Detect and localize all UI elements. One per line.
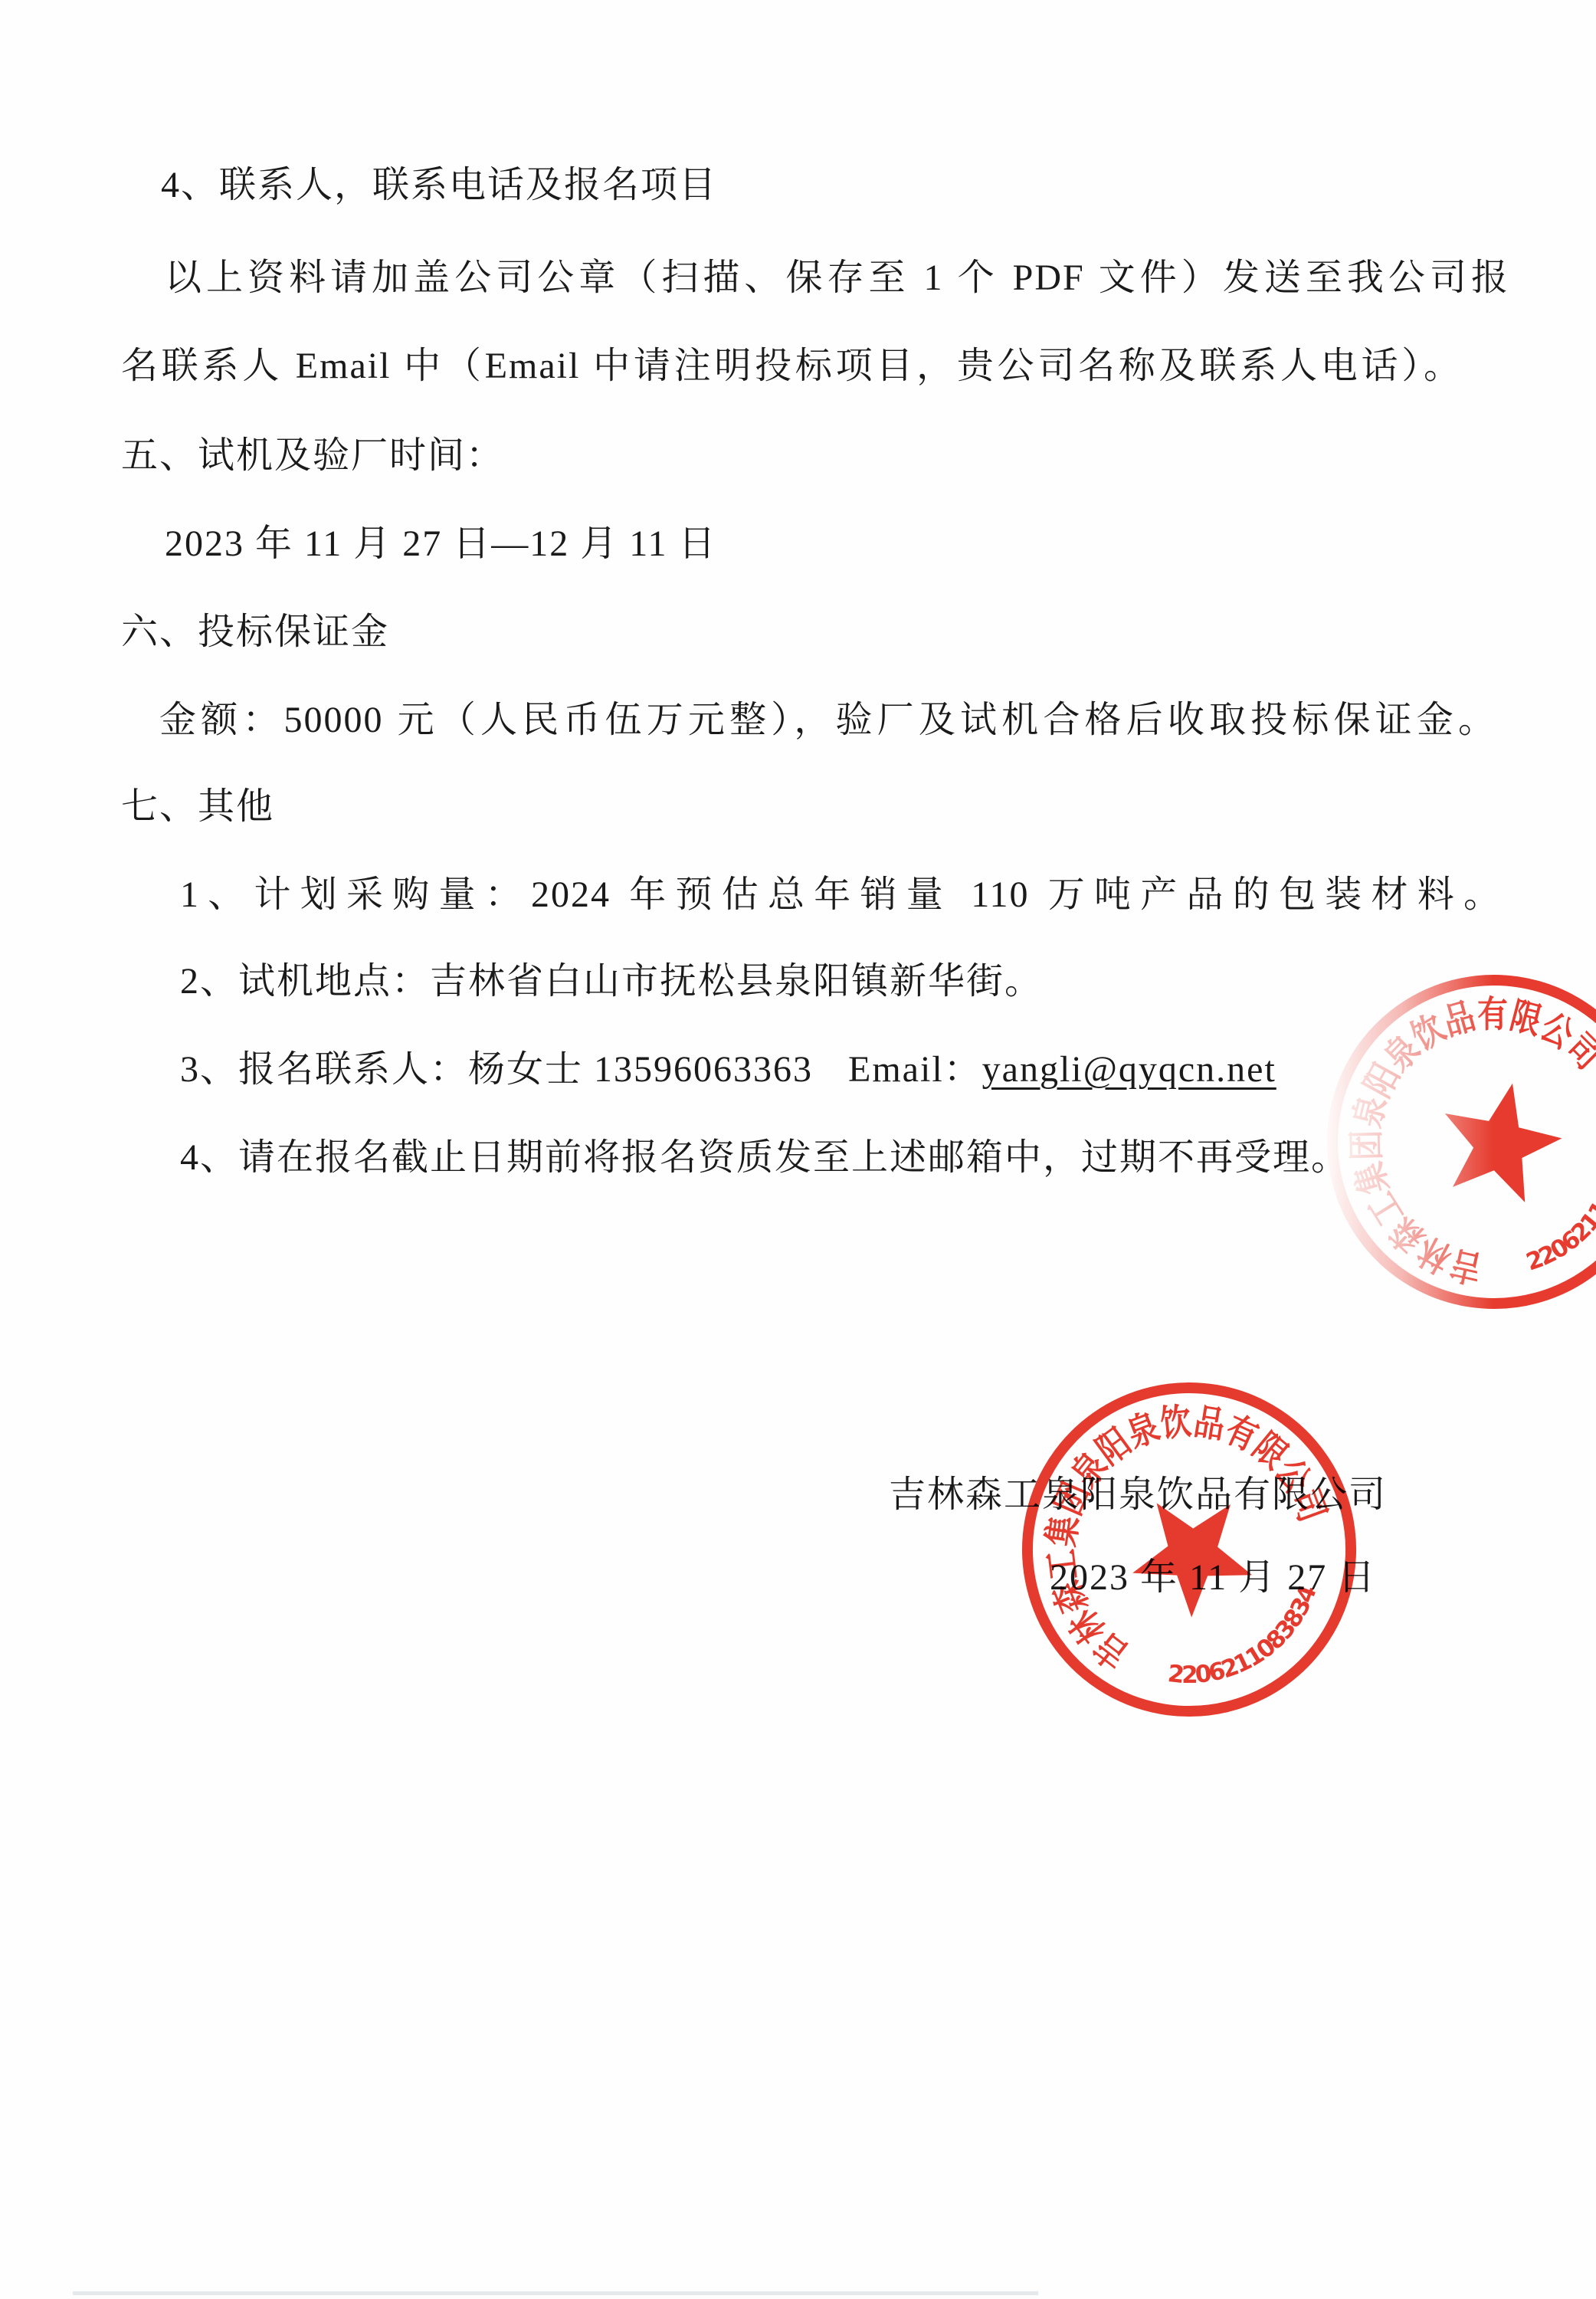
company-seal-partial: 吉林森工集团泉阳泉饮品有限公司 2206211083834 <box>1314 962 1596 1322</box>
doc-line-contact-heading: 4、联系人，联系电话及报名项目 <box>161 162 717 208</box>
doc-line-deposit-amount: 金额：50000 元（人民币伍万元整），验厂及试机合格后收取投标保证金。 <box>159 697 1496 743</box>
seal-graphic: 吉林森工集团泉阳泉饮品有限公司 2206211083834 <box>939 1299 1440 1801</box>
doc-line-section-7-heading: 七、其他 <box>121 784 274 830</box>
doc-line-other-item-4: 4、请在报名截止日期前将报名资质发至上述邮箱中，过期不再受理。 <box>180 1135 1349 1181</box>
doc-line-other-item-3: 3、报名联系人：杨女士 13596063363Email：yangli@qyqc… <box>180 1047 1276 1093</box>
contact-person-text: 3、报名联系人：杨女士 13596063363 <box>180 1049 813 1090</box>
doc-line-other-item-1: 1、计划采购量：2024 年预估总年销量 110 万吨产品的包装材料。 <box>180 872 1502 918</box>
email-link[interactable]: yangli@qyqcn.net <box>982 1049 1276 1090</box>
scan-edge-artifact <box>73 2291 1038 2295</box>
doc-line-other-item-2: 2、试机地点：吉林省白山市抚松县泉阳镇新华街。 <box>180 959 1043 1005</box>
doc-line-section-6-heading: 六、投标保证金 <box>121 609 389 655</box>
doc-line-materials-2: 名联系人 Email 中（Email 中请注明投标项目，贵公司名称及联系人电话）… <box>121 343 1462 389</box>
company-seal: 吉林森工集团泉阳泉饮品有限公司 2206211083834 <box>1009 1369 1369 1730</box>
company-seal-art: 吉林森工集团泉阳泉饮品有限公司 2206211083834 <box>939 1299 1440 1801</box>
seal-star-icon <box>1108 1469 1271 1631</box>
doc-line-section-5-heading: 五、试机及验厂时间： <box>121 433 504 479</box>
email-label: Email： <box>848 1049 982 1090</box>
doc-line-materials-1: 以上资料请加盖公司公章（扫描、保存至 1 个 PDF 文件）发送至我公司报 <box>165 255 1509 301</box>
scanned-document-page: 4、联系人，联系电话及报名项目 以上资料请加盖公司公章（扫描、保存至 1 个 P… <box>0 0 1596 2299</box>
seal-star-icon <box>1415 1061 1573 1222</box>
doc-line-test-date-range: 2023 年 11 月 27 日—12 月 11 日 <box>165 521 716 567</box>
